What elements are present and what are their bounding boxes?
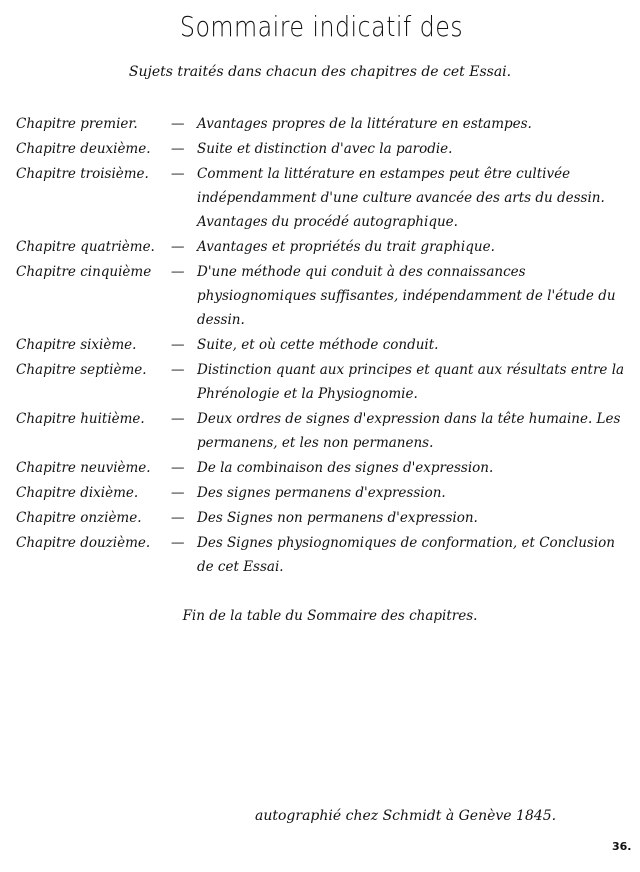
chapter-description: Avantages et propriétés du trait graphiq… xyxy=(197,235,636,259)
chapter-description: Des Signes physiognomiques de conformati… xyxy=(197,531,636,579)
separator: — xyxy=(171,162,197,234)
toc-entry: Chapitre troisième. — Comment la littéra… xyxy=(16,162,636,234)
toc-entry: Chapitre quatrième. — Avantages et propr… xyxy=(16,235,636,259)
chapter-description: De la combinaison des signes d'expressio… xyxy=(197,456,636,480)
toc-entry: Chapitre deuxième. — Suite et distinctio… xyxy=(16,137,636,161)
toc-entry: Chapitre sixième. — Suite, et où cette m… xyxy=(16,333,636,357)
toc-entry: Chapitre cinquième — D'une méthode qui c… xyxy=(16,260,636,332)
toc-entry: Chapitre huitième. — Deux ordres de sign… xyxy=(16,407,636,455)
page-number: 36. xyxy=(612,840,632,853)
chapter-label: Chapitre septième. xyxy=(16,358,171,406)
chapter-label: Chapitre troisième. xyxy=(16,162,171,234)
chapter-label: Chapitre douzième. xyxy=(16,531,171,579)
separator: — xyxy=(171,235,197,259)
chapter-label: Chapitre quatrième. xyxy=(16,235,171,259)
chapter-label: Chapitre premier. xyxy=(16,112,171,136)
toc-entry: Chapitre premier. — Avantages propres de… xyxy=(16,112,636,136)
chapter-label: Chapitre sixième. xyxy=(16,333,171,357)
separator: — xyxy=(171,456,197,480)
separator: — xyxy=(171,407,197,455)
chapter-description: Distinction quant aux principes et quant… xyxy=(197,358,636,406)
separator: — xyxy=(171,506,197,530)
toc-entry: Chapitre onzième. — Des Signes non perma… xyxy=(16,506,636,530)
separator: — xyxy=(171,137,197,161)
end-of-table-note: Fin de la table du Sommaire des chapitre… xyxy=(0,608,640,624)
toc-entry: Chapitre douzième. — Des Signes physiogn… xyxy=(16,531,636,579)
separator: — xyxy=(171,112,197,136)
chapter-description: Des signes permanens d'expression. xyxy=(197,481,636,505)
chapter-description: Des Signes non permanens d'expression. xyxy=(197,506,636,530)
chapter-label: Chapitre dixième. xyxy=(16,481,171,505)
separator: — xyxy=(171,260,197,332)
chapter-label: Chapitre onzième. xyxy=(16,506,171,530)
chapter-label: Chapitre deuxième. xyxy=(16,137,171,161)
table-of-contents: Chapitre premier. — Avantages propres de… xyxy=(16,112,636,579)
chapter-label: Chapitre neuvième. xyxy=(16,456,171,480)
chapter-description: D'une méthode qui conduit à des connaiss… xyxy=(197,260,636,332)
chapter-description: Avantages propres de la littérature en e… xyxy=(197,112,636,136)
chapter-description: Deux ordres de signes d'expression dans … xyxy=(197,407,636,455)
colophon: autographié chez Schmidt à Genève 1845. xyxy=(255,808,556,824)
toc-entry: Chapitre neuvième. — De la combinaison d… xyxy=(16,456,636,480)
chapter-label: Chapitre huitième. xyxy=(16,407,171,455)
toc-entry: Chapitre dixième. — Des signes permanens… xyxy=(16,481,636,505)
page-title: Sommaire indicatif des xyxy=(50,10,594,43)
separator: — xyxy=(171,531,197,579)
page-subtitle: Sujets traités dans chacun des chapitres… xyxy=(0,64,640,80)
separator: — xyxy=(171,481,197,505)
chapter-description: Suite et distinction d'avec la parodie. xyxy=(197,137,636,161)
chapter-label: Chapitre cinquième xyxy=(16,260,171,332)
chapter-description: Comment la littérature en estampes peut … xyxy=(197,162,636,234)
toc-entry: Chapitre septième. — Distinction quant a… xyxy=(16,358,636,406)
separator: — xyxy=(171,333,197,357)
chapter-description: Suite, et où cette méthode conduit. xyxy=(197,333,636,357)
separator: — xyxy=(171,358,197,406)
